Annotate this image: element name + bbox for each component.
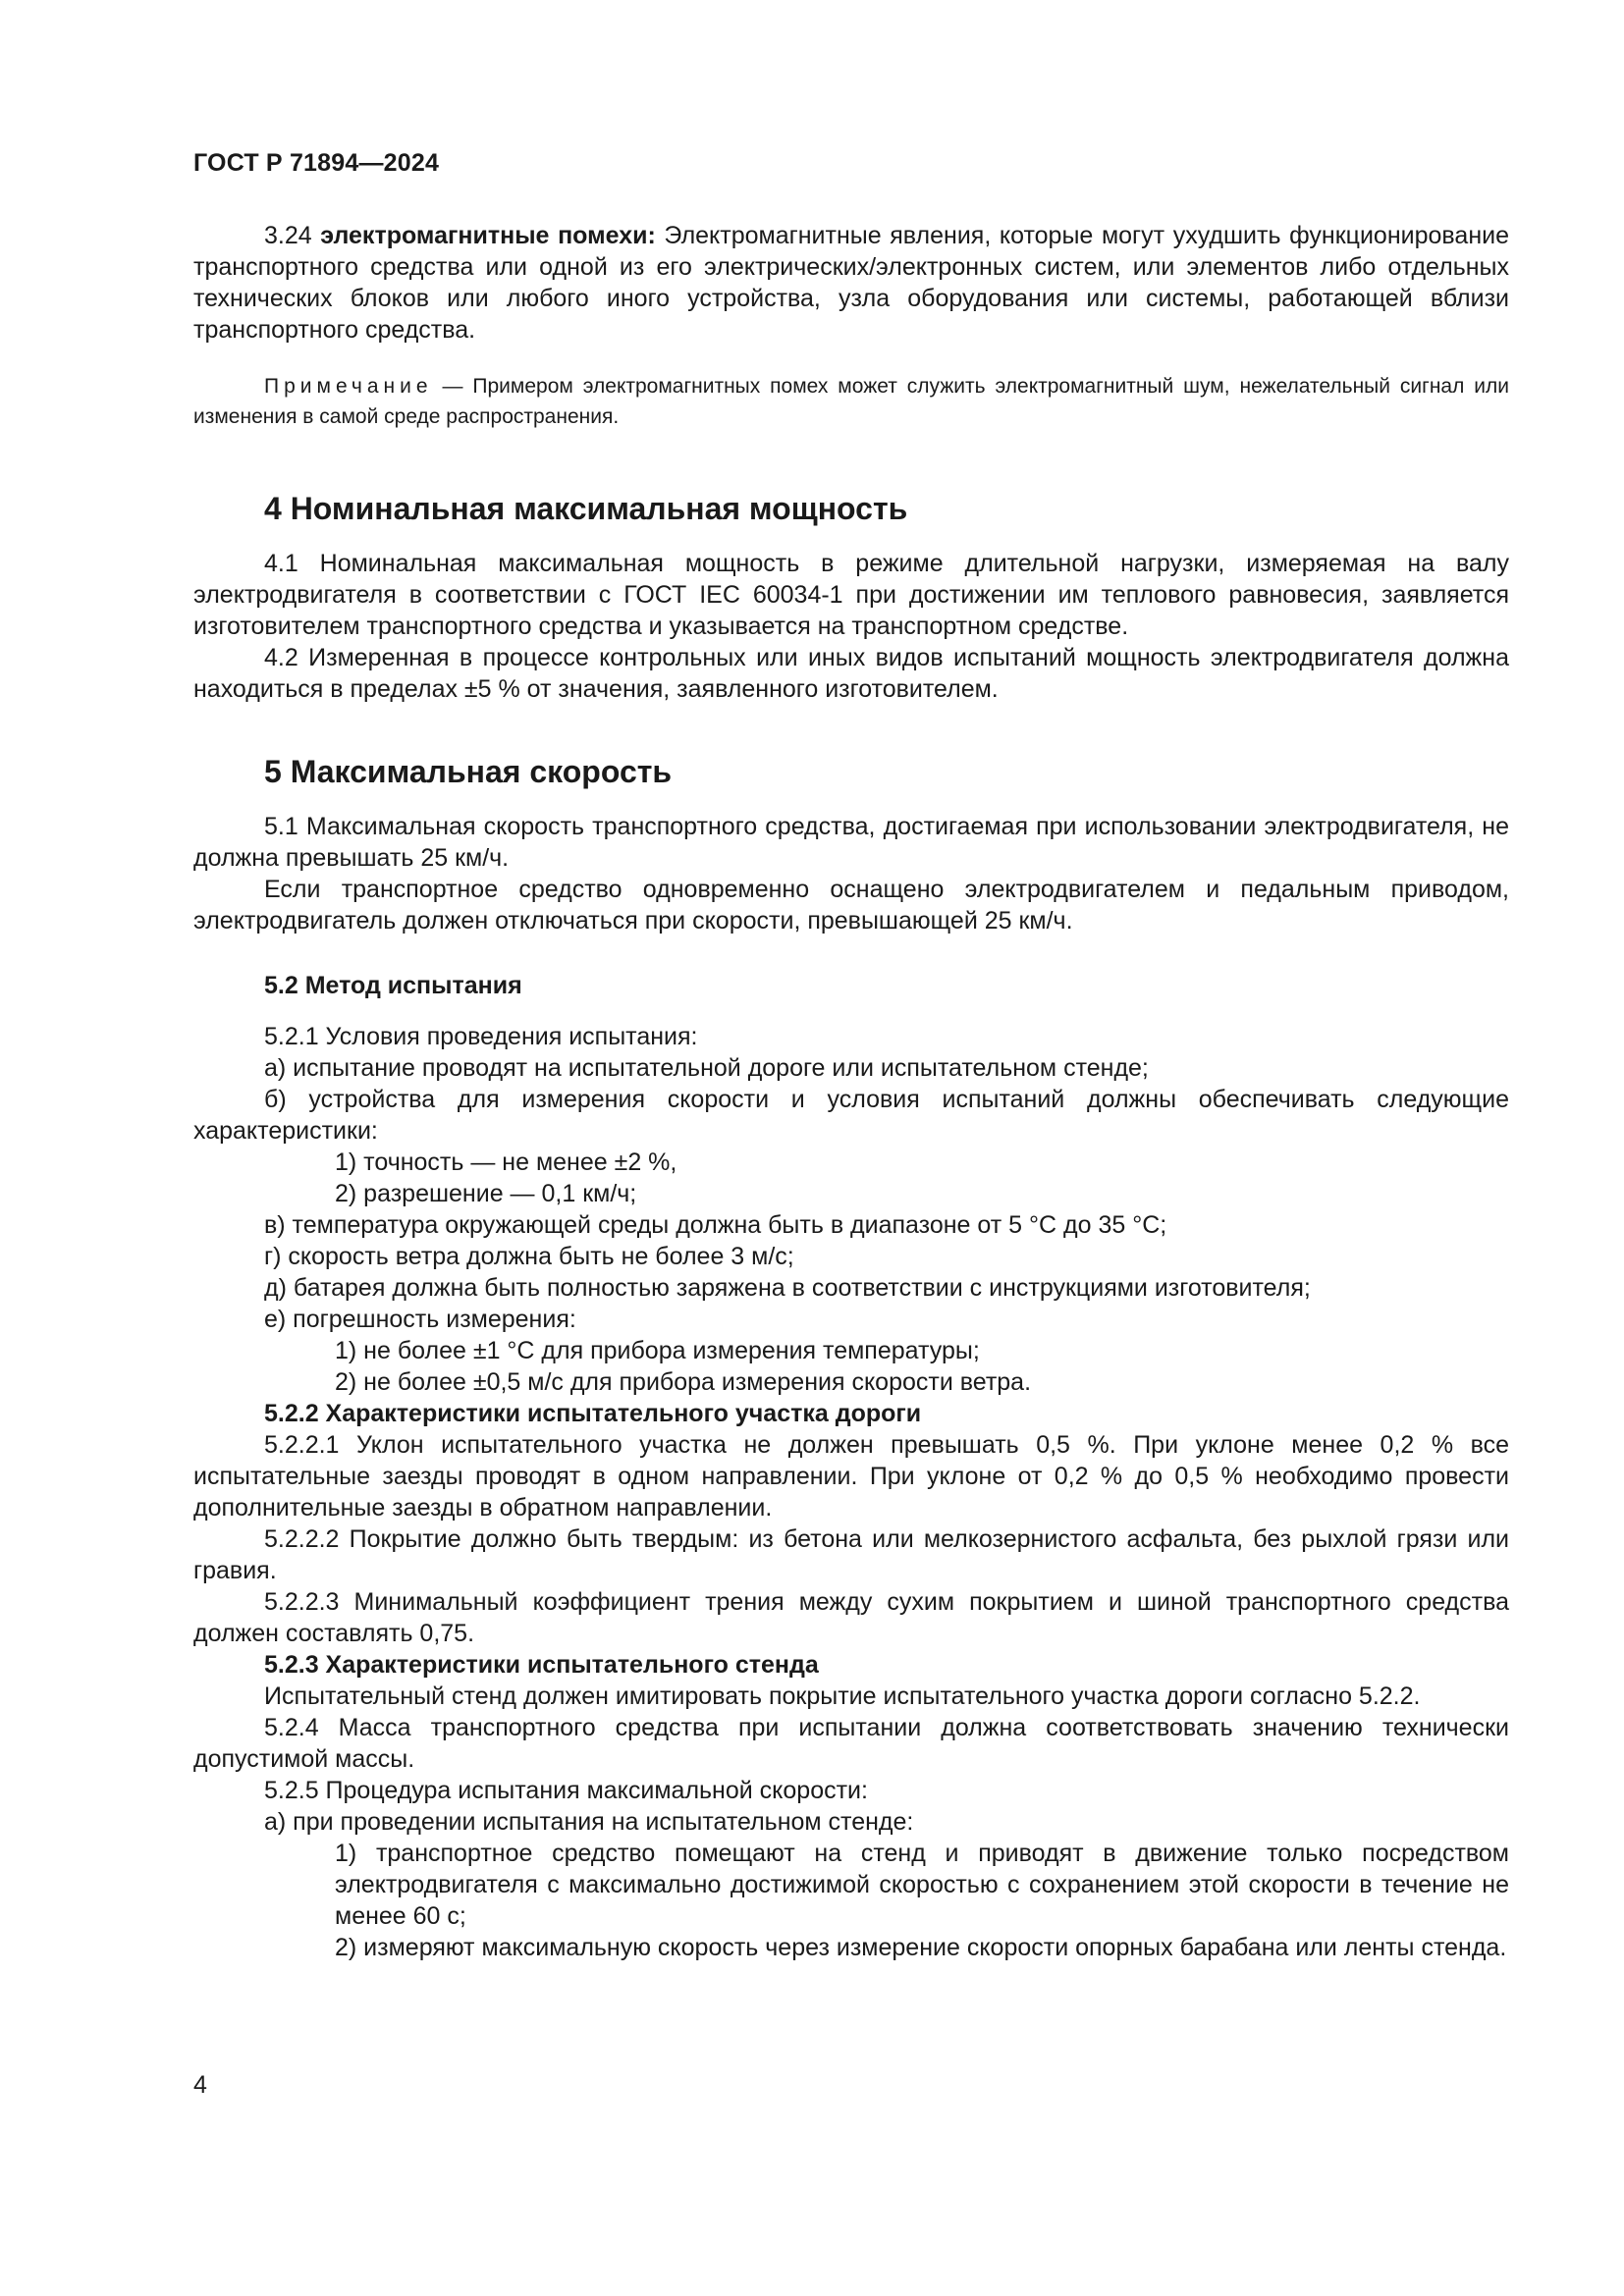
section-4: 4 Номинальная максимальная мощность: [193, 489, 1509, 528]
list-item-b2: 2) разрешение — 0,1 км/ч;: [193, 1178, 1509, 1209]
list-item-b: б) устройства для измерения скорости и у…: [193, 1084, 1509, 1147]
term: электромагнитные помехи:: [320, 222, 656, 249]
clause-5-2-1: 5.2.1 Условия проведения испытания:: [193, 1021, 1509, 1052]
section-4-body: 4.1 Номинальная максимальная мощность в …: [193, 548, 1509, 705]
subsection-heading-5-2-3: 5.2.3 Характеристики испытательного стен…: [193, 1649, 1509, 1681]
note-block: Примечание — Примером электромагнитных п…: [193, 371, 1509, 432]
subsection-5-2: 5.2 Метод испытания: [193, 970, 1509, 1001]
list-item-d: д) батарея должна быть полностью заряжен…: [193, 1272, 1509, 1304]
list-item-a: а) испытание проводят на испытательной д…: [193, 1052, 1509, 1084]
subsection-heading-5-2-2: 5.2.2 Характеристики испытательного учас…: [193, 1398, 1509, 1429]
section-heading: 4 Номинальная максимальная мощность: [193, 489, 1509, 528]
section-heading: 5 Максимальная скорость: [193, 752, 1509, 791]
clause-4-2: 4.2 Измеренная в процессе контрольных ил…: [193, 642, 1509, 705]
list-item-b1: 1) точность — не менее ±2 %,: [193, 1147, 1509, 1178]
clause-5-2-2-3: 5.2.2.3 Минимальный коэффициент трения м…: [193, 1586, 1509, 1649]
clause-5-2-5-a1: 1) транспортное средство помещают на сте…: [193, 1838, 1509, 1932]
clause-5-1: 5.1 Максимальная скорость транспортного …: [193, 811, 1509, 874]
list-item-e2: 2) не более ±0,5 м/с для прибора измерен…: [193, 1366, 1509, 1398]
list-item-e1: 1) не более ±1 °С для прибора измерения …: [193, 1335, 1509, 1366]
section-5: 5 Максимальная скорость: [193, 752, 1509, 791]
clause-number: 3.24: [264, 222, 320, 249]
clause-5-2-3: Испытательный стенд должен имитировать п…: [193, 1681, 1509, 1712]
clause-5-2-4: 5.2.4 Масса транспортного средства при и…: [193, 1712, 1509, 1775]
list-item-e: е) погрешность измерения:: [193, 1304, 1509, 1335]
clause-5-2-2-2: 5.2.2.2 Покрытие должно быть твердым: из…: [193, 1523, 1509, 1586]
clause-5-2-5-a: а) при проведении испытания на испытател…: [193, 1806, 1509, 1838]
list-item-g: г) скорость ветра должна быть не более 3…: [193, 1241, 1509, 1272]
page-number: 4: [193, 2071, 207, 2100]
note-label: Примечание: [264, 375, 433, 398]
clause-5-2-5-a2: 2) измеряют максимальную скорость через …: [193, 1932, 1509, 1963]
clause-5-1-note: Если транспортное средство одновременно …: [193, 874, 1509, 936]
document-id-header: ГОСТ Р 71894—2024: [193, 149, 439, 178]
list-item-v: в) температура окружающей среды должна б…: [193, 1209, 1509, 1241]
subsection-heading: 5.2 Метод испытания: [193, 970, 1509, 1001]
clause-5-2-5: 5.2.5 Процедура испытания максимальной с…: [193, 1775, 1509, 1806]
clause-3-24: 3.24 электромагнитные помехи: Электромаг…: [193, 220, 1509, 346]
clause-5-2-2-1: 5.2.2.1 Уклон испытательного участка не …: [193, 1429, 1509, 1523]
clause-4-1: 4.1 Номинальная максимальная мощность в …: [193, 548, 1509, 642]
section-5-body: 5.1 Максимальная скорость транспортного …: [193, 811, 1509, 936]
subsection-5-2-body: 5.2.1 Условия проведения испытания: а) и…: [193, 1021, 1509, 1963]
